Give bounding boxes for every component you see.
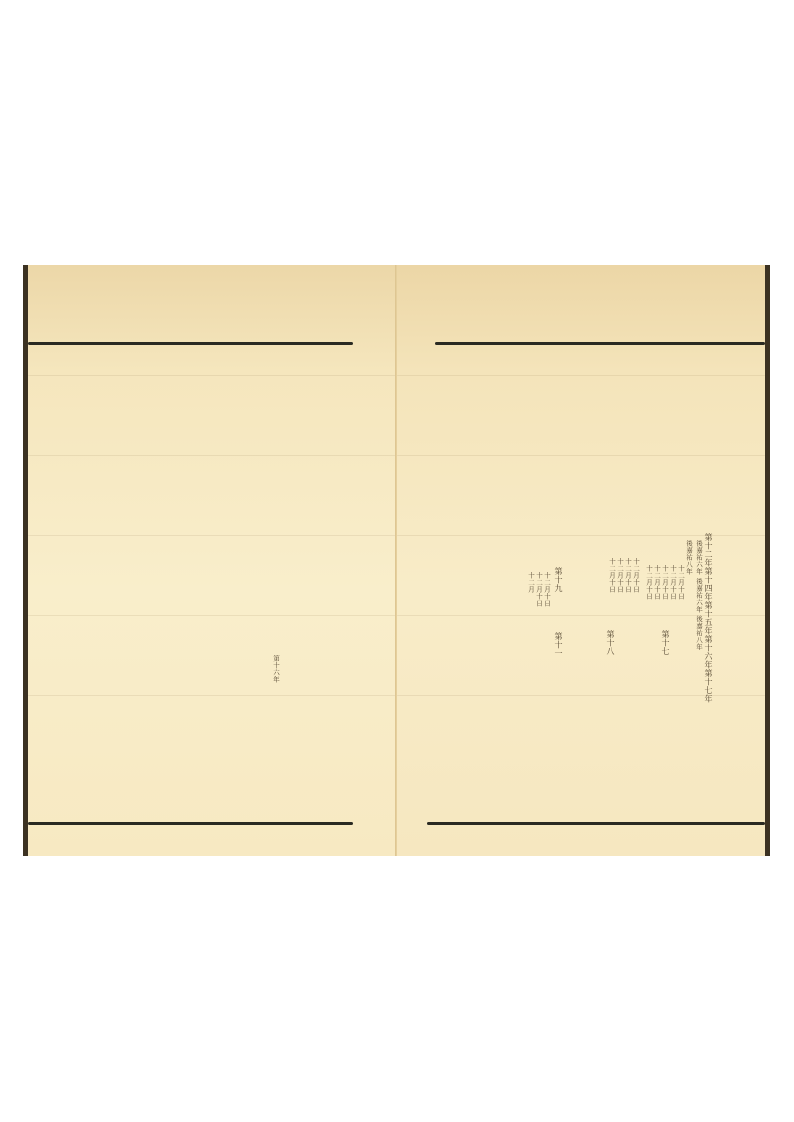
text-column: 十二月十日: [653, 565, 660, 600]
text-column: 十二月: [527, 572, 534, 593]
top-rule: [28, 342, 353, 345]
text-column: 十二月十日: [669, 565, 676, 600]
bottom-rule: [28, 822, 353, 825]
text-column: 第十六年: [272, 655, 279, 683]
text-column: 十二月十日: [632, 558, 639, 593]
right-page: 第十二年第十四年第十五年第十六年第十七年 後嘉祐六年 後嘉祐六年 後嘉祐八年 後…: [397, 265, 770, 856]
text-column: 十二月十日: [624, 558, 631, 593]
ruled-line: [28, 455, 397, 456]
book-spread: 第十六年 第十二年第十四年第十五年第十六年第十七年 後嘉祐六年 後嘉祐六年 後嘉…: [23, 265, 770, 856]
text-column: 十二月十日: [677, 565, 684, 600]
ruled-line: [28, 615, 397, 616]
ruled-line: [28, 535, 397, 536]
text-column: 十二月十日: [645, 565, 652, 600]
text-column: 後嘉祐八年: [685, 540, 692, 575]
ruled-line: [28, 375, 397, 376]
text-column: 第十一: [555, 632, 562, 658]
text-column: 十二月十日: [608, 558, 615, 593]
bottom-rule: [427, 822, 765, 825]
text-column: 後嘉祐六年 後嘉祐六年 後嘉祐八年: [695, 540, 702, 650]
text-column: 十二月十日: [616, 558, 623, 593]
text-column: 第十八: [607, 630, 614, 656]
ruled-line: [397, 455, 765, 456]
ruled-line: [28, 695, 397, 696]
text-column: 十二月十日: [661, 565, 668, 600]
text-column: 第十九: [555, 567, 562, 593]
text-column: 第十七: [662, 630, 669, 656]
left-page: 第十六年: [23, 265, 397, 856]
text-column: 十二月十日: [535, 572, 542, 607]
top-rule: [435, 342, 765, 345]
text-column: 第十二年第十四年第十五年第十六年第十七年: [705, 533, 712, 703]
ruled-line: [397, 375, 765, 376]
text-column: 十二月十日: [543, 572, 550, 607]
